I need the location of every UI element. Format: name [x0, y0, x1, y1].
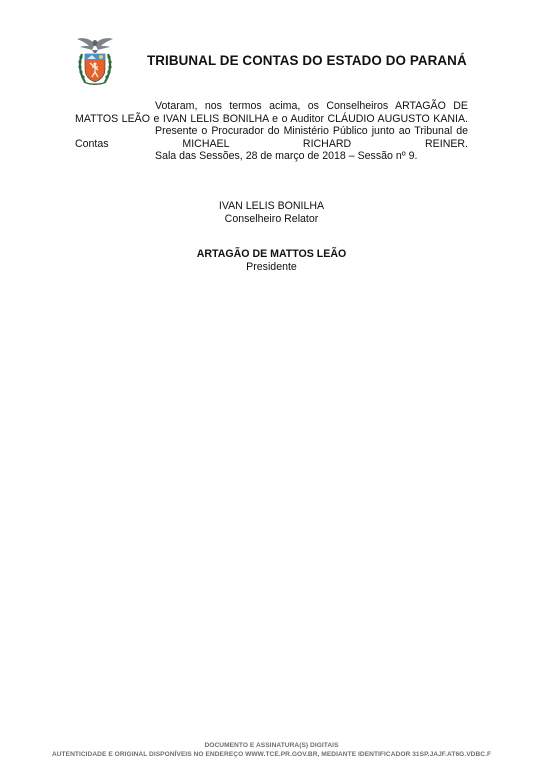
document-header: TRIBUNAL DE CONTAS DO ESTADO DO PARANÁ: [76, 36, 496, 86]
signature-rapporteur: IVAN LELIS BONILHA Conselheiro Relator: [0, 200, 543, 226]
signature-role: Conselheiro Relator: [0, 213, 543, 226]
signature-name: IVAN LELIS BONILHA: [0, 200, 543, 213]
digital-signature-footer: DOCUMENTO E ASSINATURA(S) DIGITAIS AUTEN…: [0, 741, 543, 759]
session-paragraph: Sala das Sessões, 28 de março de 2018 – …: [75, 150, 468, 163]
document-page: TRIBUNAL DE CONTAS DO ESTADO DO PARANÁ V…: [0, 0, 543, 768]
parana-coat-of-arms-icon: [76, 36, 114, 86]
prosecutor-paragraph: Presente o Procurador do Ministério Públ…: [75, 125, 468, 150]
document-body: Votaram, nos termos acima, os Conselheir…: [75, 100, 468, 163]
footer-line-2: AUTENTICIDADE E ORIGINAL DISPONÍVEIS NO …: [0, 750, 543, 759]
voting-paragraph: Votaram, nos termos acima, os Conselheir…: [75, 100, 468, 125]
signature-president: ARTAGÃO DE MATTOS LEÃO Presidente: [0, 248, 543, 274]
footer-line-1: DOCUMENTO E ASSINATURA(S) DIGITAIS: [0, 741, 543, 750]
institution-name: TRIBUNAL DE CONTAS DO ESTADO DO PARANÁ: [147, 53, 467, 68]
signature-role: Presidente: [0, 261, 543, 274]
signature-name: ARTAGÃO DE MATTOS LEÃO: [0, 248, 543, 261]
